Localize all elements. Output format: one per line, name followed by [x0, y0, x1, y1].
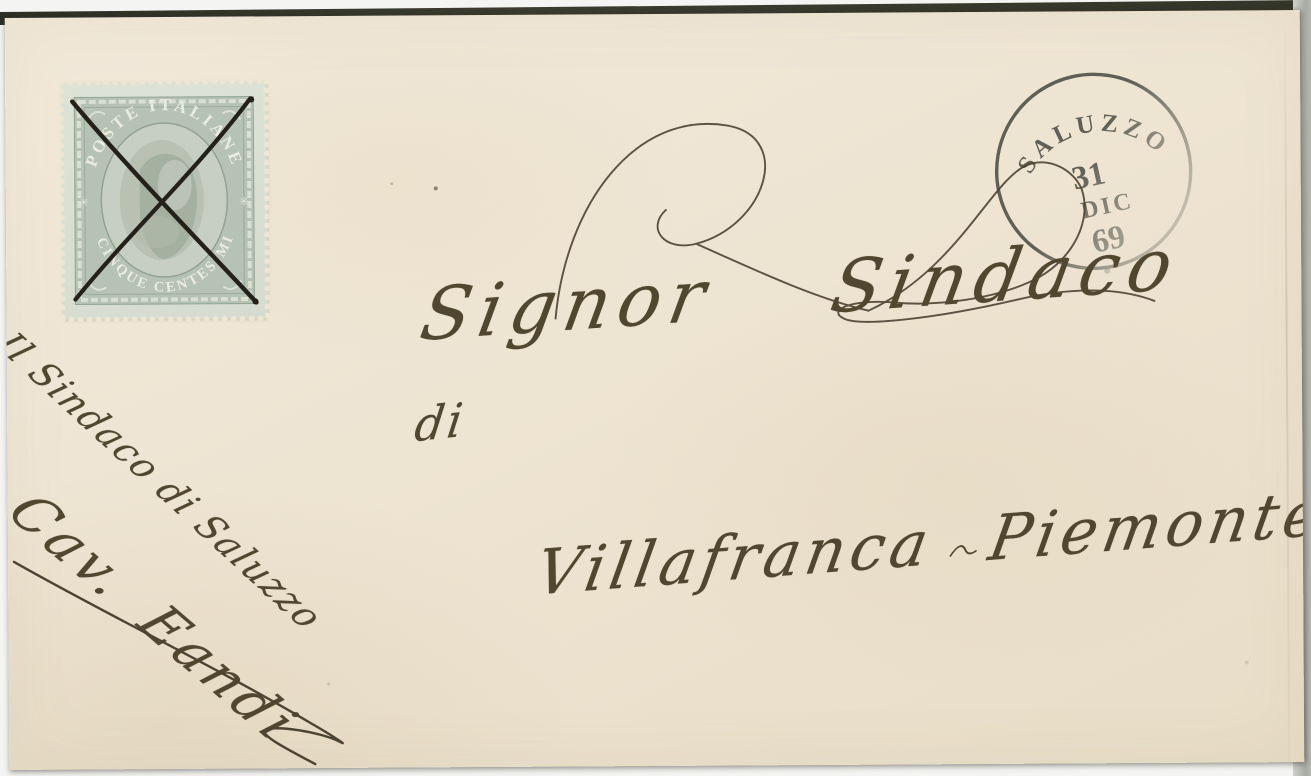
address-town: Villafranca	[531, 506, 939, 610]
foxing-speck-3	[327, 682, 330, 685]
stamp-design: POSTE ITALIANE CINQUE CENTESIMI ✳ ✳	[61, 81, 267, 319]
foxing-speck-1	[390, 182, 393, 185]
envelope-front: POSTE ITALIANE CINQUE CENTESIMI ✳ ✳	[5, 10, 1305, 770]
scanned-postal-cover: POSTE ITALIANE CINQUE CENTESIMI ✳ ✳	[0, 0, 1311, 776]
postmark-day: 31	[1069, 155, 1109, 197]
address-salutation: Signor Sindaco	[416, 227, 1186, 351]
rosette-icon-right: ✳	[239, 194, 249, 208]
postage-stamp: POSTE ITALIANE CINQUE CENTESIMI ✳ ✳	[61, 81, 267, 319]
foxing-speck-2	[1245, 660, 1249, 664]
pen-tick-mark	[945, 508, 986, 573]
address-destination: VillafrancaPiemonte	[532, 482, 1305, 605]
ink-speck	[434, 186, 438, 190]
address-region: Piemonte	[984, 476, 1304, 576]
envelope-fold-line	[1284, 10, 1291, 762]
rosette-icon-left: ✳	[79, 195, 89, 209]
address-connector: di	[412, 396, 468, 449]
sender-signature: Cav. Eandi	[5, 486, 311, 750]
